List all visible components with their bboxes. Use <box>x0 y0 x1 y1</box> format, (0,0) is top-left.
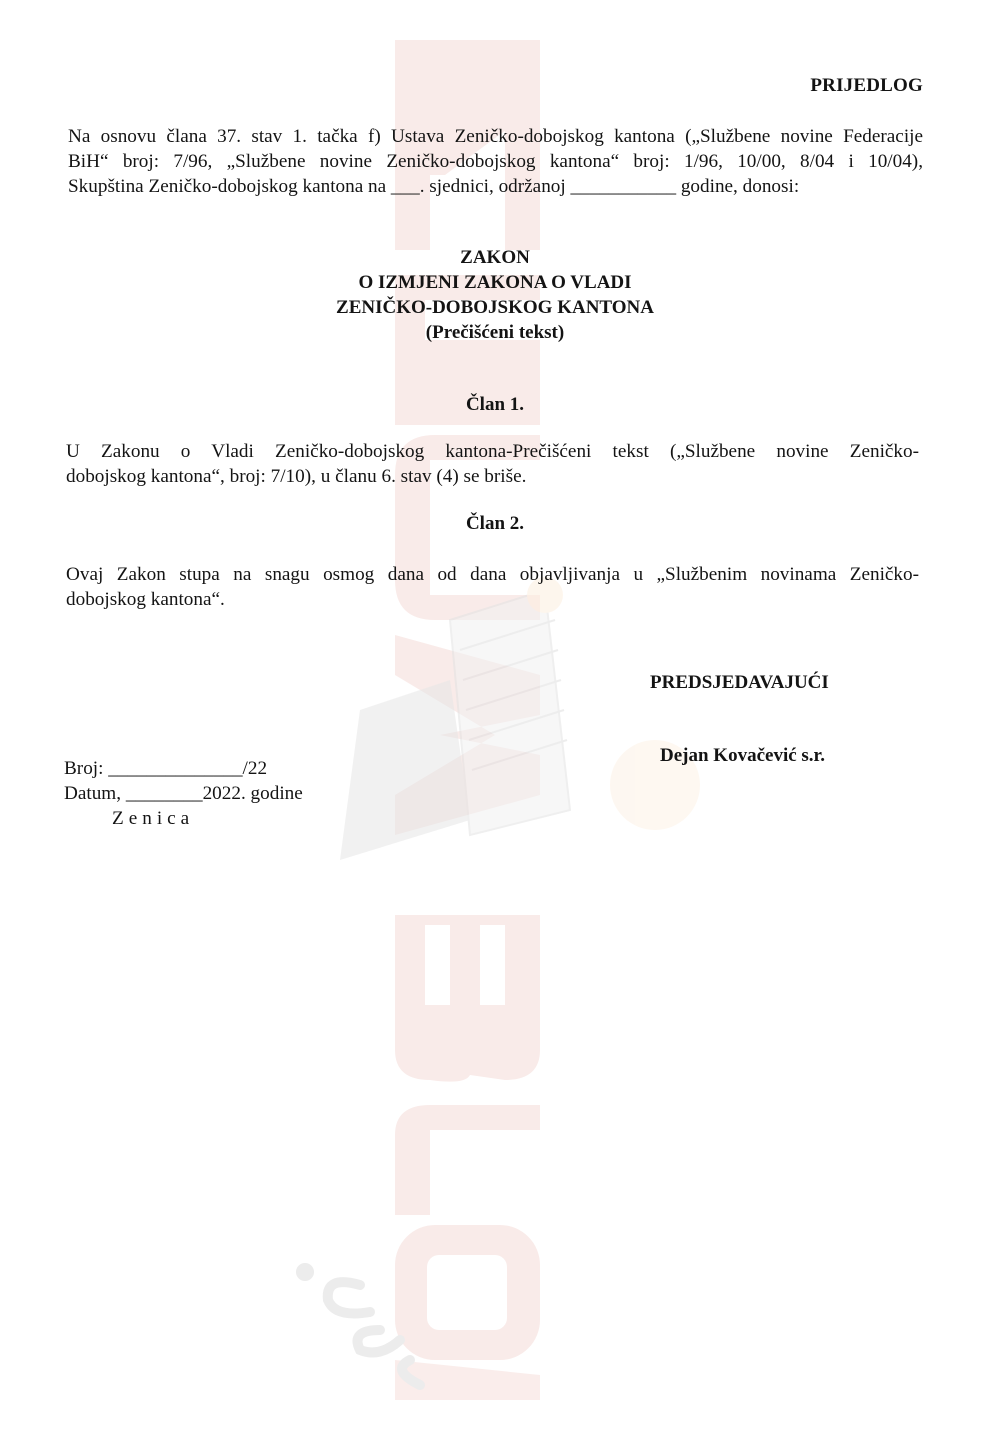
article-line: Ovaj Zakon stupa na snagu osmog dana od … <box>66 562 919 587</box>
title-line-canton: ZENIČKO-DOBOJSKOG KANTONA <box>0 295 990 320</box>
article-line: U Zakonu o Vladi Zeničko-dobojskog kanto… <box>66 439 919 464</box>
document-footer: Broj: ______________/22 Datum, ________2… <box>64 756 303 831</box>
title-line-revised: (Prečišćeni tekst) <box>0 320 990 345</box>
law-title: ZAKON O IZMJENI ZAKONA O VLADI ZENIČKO-D… <box>0 245 990 345</box>
document-date: Datum, ________2022. godine <box>64 781 303 806</box>
article-line: dobojskog kantona“. <box>66 587 919 612</box>
signature-name: Dejan Kovačević s.r. <box>660 745 825 767</box>
article-1-heading: Član 1. <box>0 394 990 416</box>
title-line-zakon: ZAKON <box>0 245 990 270</box>
document-number: Broj: ______________/22 <box>64 756 303 781</box>
article-2-heading: Član 2. <box>0 513 990 535</box>
preamble-line: Skupština Zeničko-dobojskog kantona na _… <box>68 174 923 199</box>
document-label: PRIJEDLOG <box>810 75 923 97</box>
preamble-line: Na osnovu člana 37. stav 1. tačka f) Ust… <box>68 124 923 149</box>
article-2-text: Ovaj Zakon stupa na snagu osmog dana od … <box>66 562 919 612</box>
title-line-subject: O IZMJENI ZAKONA O VLADI <box>0 270 990 295</box>
preamble-line: BiH“ broj: 7/96, „Službene novine Zeničk… <box>68 149 923 174</box>
article-1-text: U Zakonu o Vladi Zeničko-dobojskog kanto… <box>66 439 919 489</box>
signature-title: PREDSJEDAVAJUĆI <box>650 672 829 694</box>
document-page: PRIJEDLOG Na osnovu člana 37. stav 1. ta… <box>0 0 1000 1439</box>
document-city: Zenica <box>64 806 303 831</box>
article-line: dobojskog kantona“, broj: 7/10), u članu… <box>66 464 919 489</box>
preamble-paragraph: Na osnovu člana 37. stav 1. tačka f) Ust… <box>68 124 923 199</box>
